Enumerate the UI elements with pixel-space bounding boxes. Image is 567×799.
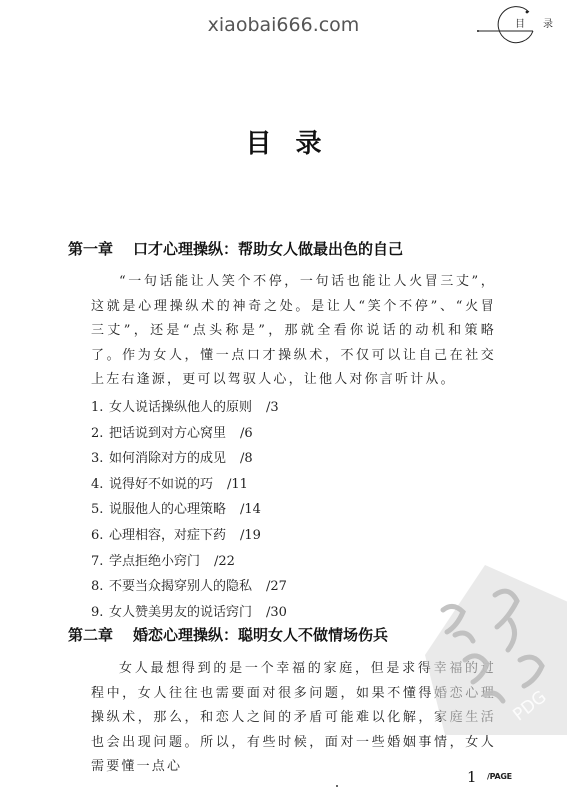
toc-entry[interactable]: 3.如何消除对方的成见/8: [91, 446, 287, 472]
chapter-2-intro: 女人最想得到的是一个幸福的家庭，但是求得幸福的过程中，女人往往也需要面对很多问题…: [91, 657, 496, 780]
toc-entry-number: 4.: [91, 472, 109, 498]
toc-entry-number: 6.: [91, 523, 109, 549]
toc-entry-title: 心理相容，对症下药: [109, 528, 226, 543]
toc-entry[interactable]: 8.不要当众揭穿别人的隐私/27: [91, 574, 287, 600]
toc-entry-page: /11: [227, 477, 248, 492]
chapter-heading-2[interactable]: 第二章婚恋心理操纵：聪明女人不做情场伤兵: [68, 624, 388, 645]
toc-entry-title: 把话说到对方心窝里: [109, 426, 226, 441]
toc-entry-number: 5.: [91, 497, 109, 523]
chapter-title: 婚恋心理操纵：聪明女人不做情场伤兵: [133, 626, 388, 644]
toc-entry[interactable]: 2.把话说到对方心窝里/6: [91, 421, 287, 447]
toc-entry-title: 如何消除对方的成见: [109, 451, 226, 466]
chapter-number: 第一章: [68, 240, 113, 258]
toc-entry-title: 女人赞美男友的说话窍门: [109, 605, 252, 620]
page-label: /PAGE: [487, 772, 512, 781]
scan-speck: [336, 785, 338, 787]
toc-entry-title: 不要当众揭穿别人的隐私: [109, 579, 252, 594]
toc-entry-title: 学点拒绝小窍门: [109, 554, 200, 569]
toc-entry-title: 女人说话操纵他人的原则: [109, 400, 252, 415]
toc-entry-page: /14: [240, 502, 261, 517]
toc-entry-page: /19: [240, 528, 261, 543]
toc-entry-page: /3: [266, 400, 279, 415]
toc-entry[interactable]: 9.女人赞美男友的说话窍门/30: [91, 600, 287, 626]
toc-entry-title: 说服他人的心理策略: [109, 502, 226, 517]
chapter-1-toc: 1.女人说话操纵他人的原则/3 2.把话说到对方心窝里/6 3.如何消除对方的成…: [91, 395, 287, 625]
page-number: 1: [467, 768, 477, 786]
chapter-1-intro: “一句话能让人笑个不停，一句话也能让人火冒三丈”，这就是心理操纵术的神奇之处。是…: [91, 270, 496, 393]
chapter-number: 第二章: [68, 626, 113, 644]
chapter-heading-1[interactable]: 第一章口才心理操纵：帮助女人做最出色的自己: [68, 238, 403, 259]
toc-entry-page: /8: [240, 451, 253, 466]
seal-text: PDG: [509, 687, 550, 725]
toc-entry[interactable]: 4.说得好不如说的巧/11: [91, 472, 287, 498]
toc-entry-number: 3.: [91, 446, 109, 472]
toc-entry[interactable]: 6.心理相容，对症下药/19: [91, 523, 287, 549]
running-head-char-1: 目: [515, 15, 525, 30]
toc-entry-number: 8.: [91, 574, 109, 600]
toc-entry-number: 7.: [91, 549, 109, 575]
toc-entry[interactable]: 5.说服他人的心理策略/14: [91, 497, 287, 523]
toc-entry[interactable]: 1.女人说话操纵他人的原则/3: [91, 395, 287, 421]
toc-entry-page: /6: [240, 426, 253, 441]
toc-entry-page: /30: [266, 605, 287, 620]
toc-entry-title: 说得好不如说的巧: [109, 477, 213, 492]
toc-entry-number: 9.: [91, 600, 109, 626]
toc-entry-page: /27: [266, 579, 287, 594]
toc-entry[interactable]: 7.学点拒绝小窍门/22: [91, 549, 287, 575]
running-head-char-2: 录: [543, 15, 553, 30]
page-title: 目录: [0, 123, 567, 160]
toc-entry-number: 1.: [91, 395, 109, 421]
toc-entry-page: /22: [214, 554, 235, 569]
toc-entry-number: 2.: [91, 421, 109, 447]
chapter-title: 口才心理操纵：帮助女人做最出色的自己: [133, 240, 403, 258]
running-head: 目 录: [477, 0, 567, 50]
